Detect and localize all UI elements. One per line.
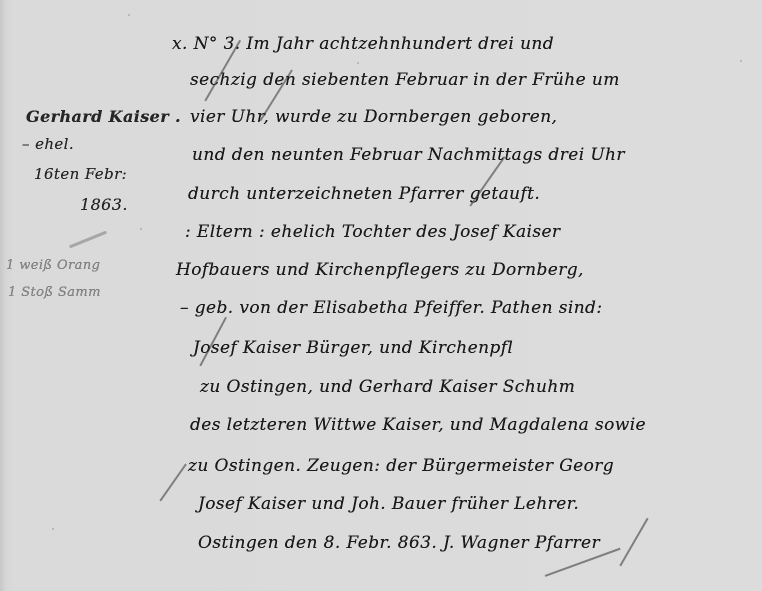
entry-line-11: des letzteren Wittwe Kaiser, und Magdale… bbox=[190, 415, 646, 435]
margin-name-line-2: – ehel. bbox=[22, 135, 74, 153]
entry-line-12: zu Ostingen. Zeugen: der Bürgermeister G… bbox=[188, 456, 614, 476]
entry-line-3: vier Uhr, wurde zu Dornbergen geboren, bbox=[190, 107, 557, 127]
scanned-register-page: Gerhard Kaiser . – ehel. 16ten Febr: 186… bbox=[0, 0, 762, 591]
entry-line-6: : Eltern : ehelich Tochter des Josef Kai… bbox=[185, 222, 560, 242]
entry-line-10: zu Ostingen, und Gerhard Kaiser Schuhm bbox=[200, 377, 575, 397]
margin-date-line: 16ten Febr: bbox=[34, 165, 127, 183]
entry-line-4: und den neunten Februar Nachmittags drei… bbox=[192, 145, 625, 165]
paper-speck bbox=[52, 528, 54, 530]
ink-stroke bbox=[619, 518, 648, 566]
paper-speck bbox=[357, 62, 359, 64]
entry-line-7: Hofbauers und Kirchenpflegers zu Dornber… bbox=[176, 260, 584, 280]
paper-speck bbox=[128, 14, 130, 16]
entry-line-13: Josef Kaiser und Joh. Bauer früher Lehre… bbox=[198, 494, 579, 514]
ink-stroke bbox=[159, 463, 186, 501]
entry-line-9: Josef Kaiser Bürger, und Kirchenpfl bbox=[193, 338, 513, 358]
paper-speck bbox=[140, 228, 142, 230]
entry-line-2: sechzig den siebenten Februar in der Frü… bbox=[190, 70, 620, 90]
margin-pencil-note-2: 1 Stoß Samm bbox=[8, 285, 101, 300]
entry-line-1: x. N° 3. Im Jahr achtzehnhundert drei un… bbox=[172, 34, 554, 54]
entry-line-8: – geb. von der Elisabetha Pfeiffer. Path… bbox=[180, 298, 602, 318]
margin-pencil-note-1: 1 weiß Orang bbox=[6, 258, 100, 273]
margin-year: 1863. bbox=[80, 195, 128, 214]
paper-speck bbox=[740, 60, 742, 62]
margin-name-line-1: Gerhard Kaiser . bbox=[26, 107, 181, 126]
entry-line-14: Ostingen den 8. Febr. 863. J. Wagner Pfa… bbox=[198, 533, 600, 553]
pencil-mark bbox=[69, 231, 107, 249]
entry-line-5: durch unterzeichneten Pfarrer getauft. bbox=[188, 184, 540, 204]
